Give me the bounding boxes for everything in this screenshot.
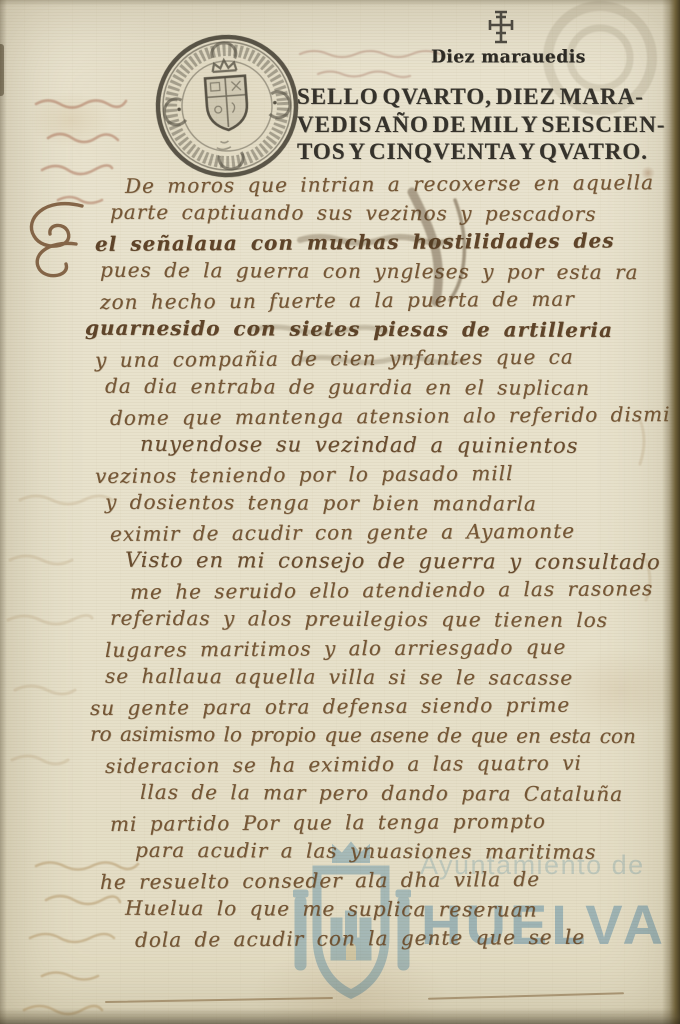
ink-smudge-overlay xyxy=(0,0,680,1024)
page-edge-left xyxy=(0,0,7,1024)
page-edge-bottom xyxy=(0,1008,680,1024)
page-edge-top xyxy=(0,0,680,6)
manuscript-scan-page: Ayuntamiento de HUELVA xyxy=(0,0,680,1024)
book-binding-edge-right xyxy=(662,0,680,1024)
